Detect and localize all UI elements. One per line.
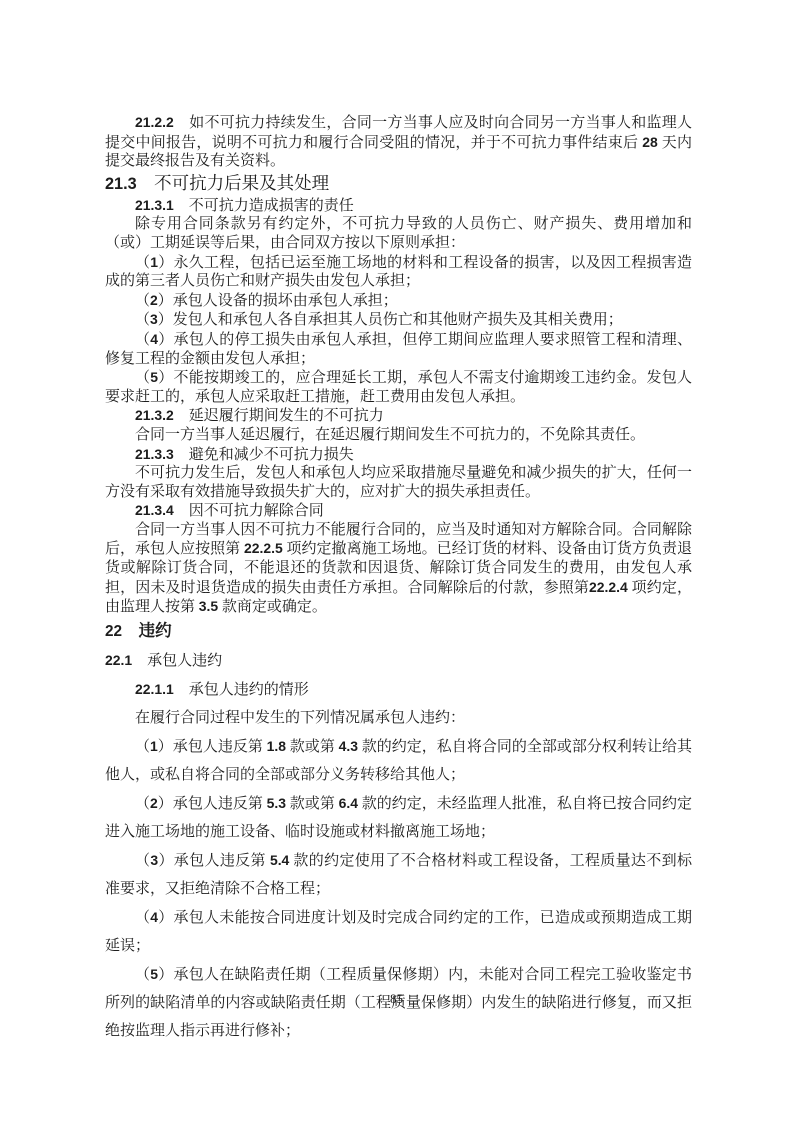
clause-number: 4 xyxy=(150,909,158,925)
clause-number: 5 xyxy=(150,966,158,982)
clause-number: 21.2.2 xyxy=(135,114,174,130)
clause-number: 28 xyxy=(642,134,658,150)
clause-number: 1.8 xyxy=(267,738,286,754)
clause-number: 22.2.4 xyxy=(589,579,628,595)
sec-22: 22 违约22.1 承包人违约22.1.1 承包人违约的情形在履行合同过程中发生… xyxy=(105,617,692,1045)
breach-item-4: （4）承包人未能按合同进度计划及时完成合同约定的工作，已造成或预期造成工期延误； xyxy=(105,903,692,960)
liability-item-5: （5）不能按期竣工的，应合理延长工期，承包人不需支付逾期竣工违约金。发包人要求赶… xyxy=(105,368,692,406)
clause-number: 5.3 xyxy=(267,795,286,811)
liability-item-4: （4）承包人的停工损失由承包人承担，但停工期间应监理人要求照管工程和清理、修复工… xyxy=(105,330,692,368)
sec-21: 21.2.2 如不可抗力持续发生，合同一方当事人应及时向合同另一方当事人和监理人… xyxy=(105,113,692,617)
clause-number: 4 xyxy=(150,331,158,347)
clause-number: 21.3.2 xyxy=(135,407,174,423)
clause-number: 4.3 xyxy=(339,738,358,754)
breach-item-2: （2）承包人违反第 5.3 款或第 6.4 款的约定，未经监理人批准，私自将已按… xyxy=(105,789,692,846)
clause-number: 6.4 xyxy=(339,795,358,811)
clause-number: 5.4 xyxy=(270,852,289,868)
clause-number: 2 xyxy=(150,292,158,308)
document-page: 21.2.2 如不可抗力持续发生，合同一方当事人应及时向合同另一方当事人和监理人… xyxy=(0,0,793,1122)
heading-22-1: 22.1 承包人违约 xyxy=(105,646,692,675)
document-content: 21.2.2 如不可抗力持续发生，合同一方当事人应及时向合同另一方当事人和监理人… xyxy=(105,113,692,1045)
clause-21-3-1: 21.3.1 不可抗力造成损害的责任 xyxy=(105,196,692,216)
heading-21-3: 21.3 不可抗力后果及其处理 xyxy=(105,171,692,196)
clause-number: 5 xyxy=(150,369,158,385)
liability-item-3: （3）发包人和承包人各自承担其人员伤亡和其他财产损失及其相关费用； xyxy=(105,310,692,330)
clause-22-1-1: 22.1.1 承包人违约的情形 xyxy=(105,675,692,704)
breach-item-1: （1）承包人违反第 1.8 款或第 4.3 款的约定，私自将合同的全部或部分权利… xyxy=(105,732,692,789)
clause-number: 22.1.1 xyxy=(135,681,174,697)
para-termination: 合同一方当事人因不可抗力不能履行合同的，应当及时通知对方解除合同。合同解除后，承… xyxy=(105,521,692,617)
clause-number: 22.2.5 xyxy=(244,540,283,556)
clause-21-2-2: 21.2.2 如不可抗力持续发生，合同一方当事人应及时向合同另一方当事人和监理人… xyxy=(105,113,692,171)
heading-22: 22 违约 xyxy=(105,617,692,646)
clause-number: 1 xyxy=(150,254,158,270)
clause-number: 2 xyxy=(150,795,158,811)
para-breach-intro: 在履行合同过程中发生的下列情况属承包人违约： xyxy=(105,704,692,732)
clause-number: 21.3.3 xyxy=(135,446,174,462)
clause-number: 21.3 xyxy=(105,175,137,193)
para-mitigation: 不可抗力发生后，发包人和承包人均应采取措施尽量避免和减少损失的扩大，任何一方没有… xyxy=(105,464,692,501)
clause-number: 3 xyxy=(150,852,158,868)
clause-21-3-2: 21.3.2 延迟履行期间发生的不可抗力 xyxy=(105,406,692,426)
clause-number: 22 xyxy=(105,623,122,640)
clause-21-3-3: 21.3.3 避免和减少不可抗力损失 xyxy=(105,445,692,465)
breach-item-3: （3）承包人违反第 5.4 款的约定使用了不合格材料或工程设备，工程质量达不到标… xyxy=(105,846,692,903)
clause-number: 21.3.4 xyxy=(135,502,174,518)
page-number: 85 xyxy=(0,991,793,1007)
clause-21-3-4: 21.3.4 因不可抗力解除合同 xyxy=(105,501,692,521)
liability-item-2: （2）承包人设备的损坏由承包人承担； xyxy=(105,291,692,311)
clause-number: 1 xyxy=(150,738,158,754)
clause-number: 3.5 xyxy=(199,598,218,614)
liability-item-1: （1）永久工程，包括已运至施工场地的材料和工程设备的损害，以及因工程损害造成的第… xyxy=(105,253,692,291)
clause-number: 3 xyxy=(150,311,158,327)
para-delayed-performance: 合同一方当事人延迟履行，在延迟履行期间发生不可抗力的，不免除其责任。 xyxy=(105,426,692,445)
clause-number: 22.1 xyxy=(105,652,132,668)
clause-number: 21.3.1 xyxy=(135,197,174,213)
para-liability-intro: 除专用合同条款另有约定外，不可抗力导致的人员伤亡、财产损失、费用增加和（或）工期… xyxy=(105,215,692,252)
